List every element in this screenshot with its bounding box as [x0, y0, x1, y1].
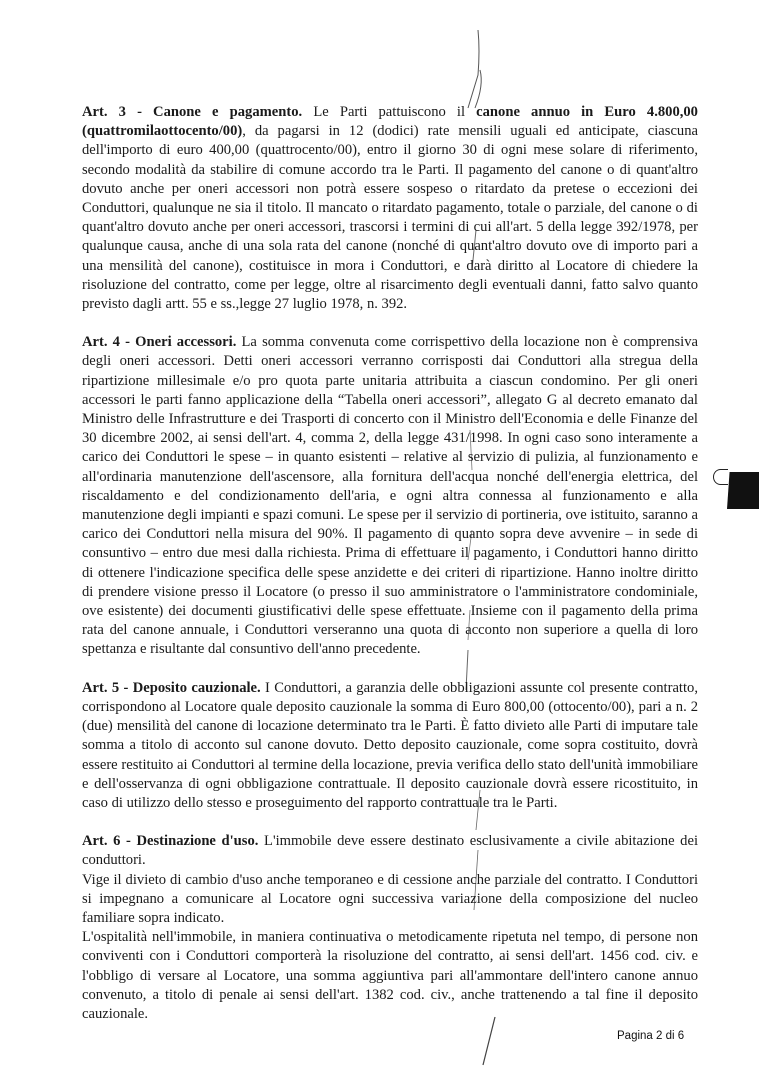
article-6: Art. 6 - Destinazione d'uso. L'immobile … [82, 832, 698, 1024]
article-title: Art. 3 - Canone e pagamento. [82, 104, 302, 120]
article-text-intro: Le Parti pattuiscono il [313, 104, 476, 120]
article-title: Art. 4 - Oneri accessori. [82, 334, 236, 350]
article-text: La somma convenuta come corrispettivo de… [82, 334, 698, 657]
pen-mark-top [460, 30, 500, 110]
document-page: Art. 3 - Canone e pagamento. Le Parti pa… [0, 0, 765, 1080]
article-text: Vige il divieto di cambio d'uso anche te… [82, 871, 698, 929]
article-5: Art. 5 - Deposito cauzionale. I Condutto… [82, 679, 698, 813]
binder-hook-mark [713, 469, 728, 485]
page-edge-black-marker [727, 472, 759, 509]
article-4: Art. 4 - Oneri accessori. La somma conve… [82, 333, 698, 659]
article-title: Art. 5 - Deposito cauzionale. [82, 680, 261, 696]
article-text: , da pagarsi in 12 (dodici) rate mensili… [82, 123, 698, 312]
article-text: L'ospitalità nell'immobile, in maniera c… [82, 928, 698, 1024]
document-body: Art. 3 - Canone e pagamento. Le Parti pa… [82, 103, 698, 1043]
article-title: Art. 6 - Destinazione d'uso. [82, 833, 258, 849]
article-3: Art. 3 - Canone e pagamento. Le Parti pa… [82, 103, 698, 314]
article-text: I Conduttori, a garanzia delle obbligazi… [82, 680, 698, 811]
page-number: Pagina 2 di 6 [617, 1030, 684, 1042]
